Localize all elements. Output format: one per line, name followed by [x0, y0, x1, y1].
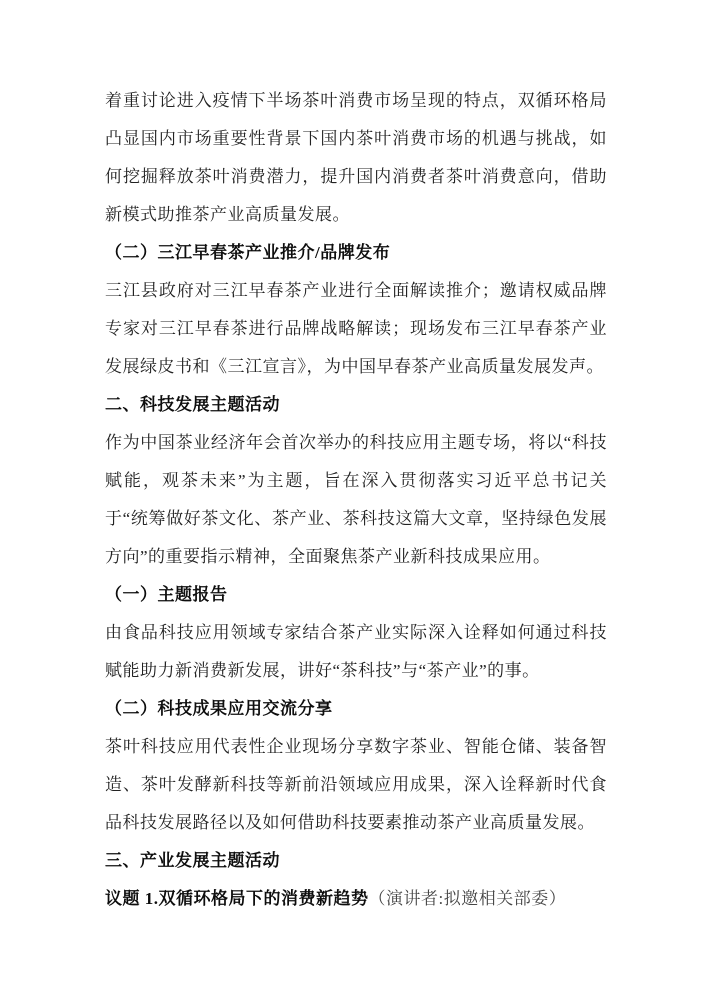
document-page: 着重讨论进入疫情下半场茶叶消费市场呈现的特点，双循环格局凸显国内市场重要性背景下…	[0, 0, 707, 1000]
body-paragraph-keynote: 由食品科技应用领域专家结合茶产业实际深入诠释如何通过科技赋能助力新消费新发展，讲…	[105, 614, 607, 690]
body-paragraph-sanjiang: 三江县政府对三江早春茶产业进行全面解读推介；邀请权威品牌专家对三江早春茶进行品牌…	[105, 272, 607, 386]
subsection-heading-tech-achievements: （二）科技成果应用交流分享	[105, 690, 607, 728]
body-paragraph-tech-theme: 作为中国茶业经济年会首次举办的科技应用主题专场，将以“科技赋能，观茶未来”为主题…	[105, 424, 607, 576]
subsection-heading-keynote-report: （一）主题报告	[105, 576, 607, 614]
section-heading-industry-development: 三、产业发展主题活动	[105, 842, 607, 880]
subsection-heading-sanjiang-brand: （二）三江早春茶产业推介/品牌发布	[105, 234, 607, 272]
body-paragraph-achievements: 茶叶科技应用代表性企业现场分享数字茶业、智能仓储、装备智造、茶叶发酵新科技等新前…	[105, 728, 607, 842]
section-heading-tech-development: 二、科技发展主题活动	[105, 386, 607, 424]
topic-line: 议题 1.双循环格局下的消费新趋势（演讲者:拟邀相关部委）	[105, 880, 607, 918]
body-paragraph-continuation: 着重讨论进入疫情下半场茶叶消费市场呈现的特点，双循环格局凸显国内市场重要性背景下…	[105, 82, 607, 234]
topic-title: 议题 1.双循环格局下的消费新趋势	[105, 889, 369, 908]
topic-speaker-note: （演讲者:拟邀相关部委）	[369, 889, 567, 908]
